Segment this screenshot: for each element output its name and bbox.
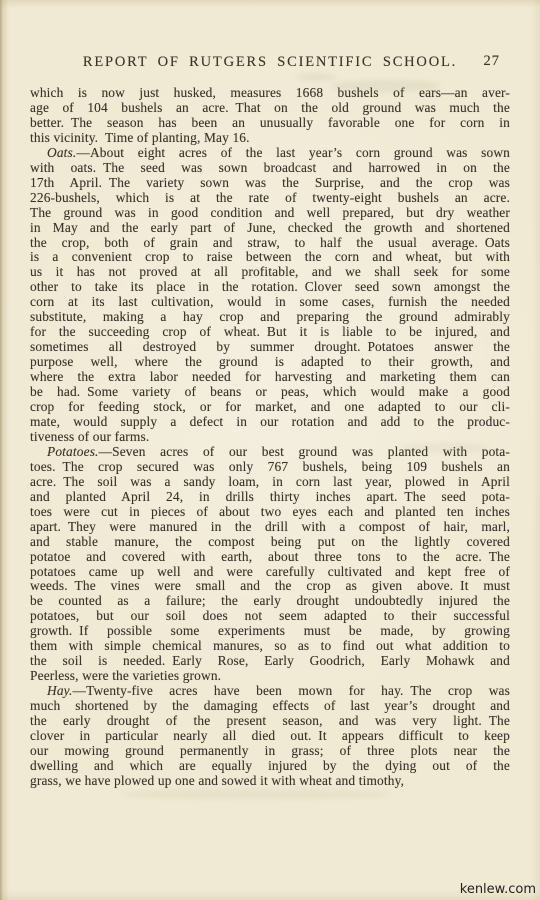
paragraph: Potatoes.—Seven acres of our best ground…: [30, 445, 510, 684]
text-line: be had. Some variety of beans or peas, w…: [30, 385, 510, 400]
text-line: much shortened by the damaging effects o…: [30, 699, 510, 714]
text-line: for the succeeding crop of wheat. But it…: [30, 325, 510, 340]
watermark: kenlew.com: [460, 882, 536, 897]
text-line: potatoes came up well and were carefully…: [30, 565, 510, 580]
text-line: substitute, making a hay crop and prepar…: [30, 310, 510, 325]
page-header: REPORT OF RUTGERS SCIENTIFIC SCHOOL. 27: [30, 53, 510, 71]
text-line: grass, we have plowed up one and sowed i…: [30, 774, 510, 789]
text-line: our mowing ground permanently in grass; …: [30, 744, 510, 759]
text-line: with oats. The seed was sown broadcast a…: [30, 161, 510, 176]
bleed-through-artifact: [296, 73, 336, 81]
text-line: weeds. The vines were small and the crop…: [30, 579, 510, 594]
text-line: sometimes all destroyed by summer drough…: [30, 340, 510, 355]
paragraph-lead: Oats.: [47, 145, 76, 160]
text-line: toes were cut in pieces of about two eye…: [30, 505, 510, 520]
paragraph-lead: Hay.: [47, 683, 73, 698]
text-line: the crop, both of grain and straw, to ha…: [30, 236, 510, 251]
text-line: mate, would supply a defect in our rotat…: [30, 415, 510, 430]
paragraph: Hay.—Twenty-five acres have been mown fo…: [30, 684, 510, 789]
text-line: which is now just husked, measures 1668 …: [30, 86, 510, 101]
text-line: be counted as a failure; the early droug…: [30, 594, 510, 609]
text-line: the early drought of the present season,…: [30, 714, 510, 729]
text-line: potatoes, but our soil does not seem ada…: [30, 609, 510, 624]
paragraph-lead: Potatoes.: [47, 444, 99, 459]
text-line: acre. The soil was a sandy loam, in corn…: [30, 475, 510, 490]
text-line: and planted April 24, in drills thirty i…: [30, 490, 510, 505]
page-number: 27: [484, 53, 501, 70]
text-line: us it has not proved at all profitable, …: [30, 265, 510, 280]
text-line: where the extra labor needed for harvest…: [30, 370, 510, 385]
text-line: is a convenient crop to raise between th…: [30, 250, 510, 265]
text-line: potatoe and covered with earth, about th…: [30, 550, 510, 565]
paragraph: Oats.—About eight acres of the last year…: [30, 146, 510, 445]
text-line: corn at its last cultivation, would in s…: [30, 295, 510, 310]
text-line: this vicinity. Time of planting, May 16.: [30, 131, 510, 146]
text-line: clover in particular nearly all died out…: [30, 729, 510, 744]
text-line: tiveness of our farms.: [30, 430, 510, 445]
text-line: Hay.—Twenty-five acres have been mown fo…: [30, 684, 510, 699]
text-line: and stable manure, the compost being put…: [30, 535, 510, 550]
text-line: Potatoes.—Seven acres of our best ground…: [30, 445, 510, 460]
text-line: crop for feeding stock, or for market, a…: [30, 400, 510, 415]
text-line: age of 104 bushels an acre. That on the …: [30, 101, 510, 116]
text-line: The ground was in good condition and wel…: [30, 206, 510, 221]
text-block: which is now just husked, measures 1668 …: [30, 86, 510, 789]
book-page: REPORT OF RUTGERS SCIENTIFIC SCHOOL. 27 …: [0, 0, 540, 900]
text-line: purpose well, where the ground is adapte…: [30, 355, 510, 370]
text-line: Oats.—About eight acres of the last year…: [30, 146, 510, 161]
text-line: 226-bushels, which is at the rate of twe…: [30, 191, 510, 206]
bleed-through-artifact: [120, 789, 390, 799]
text-line: better. The season has been an unusually…: [30, 116, 510, 131]
text-line: Peerless, were the varieties grown.: [30, 669, 510, 684]
text-line: dwelling and which are equally injured b…: [30, 759, 510, 774]
text-line: the soil is needed. Early Rose, Early Go…: [30, 654, 510, 669]
text-line: other to take its place in the rotation.…: [30, 280, 510, 295]
text-line: them with simple chemical manures, so as…: [30, 639, 510, 654]
text-line: growth. If possible some experiments mus…: [30, 624, 510, 639]
text-line: 17th April. The variety sown was the Sur…: [30, 176, 510, 191]
text-line: in May and the early part of June, check…: [30, 221, 510, 236]
text-line: toes. The crop secured was only 767 bush…: [30, 460, 510, 475]
running-title: REPORT OF RUTGERS SCIENTIFIC SCHOOL.: [83, 54, 457, 70]
paragraph: which is now just husked, measures 1668 …: [30, 86, 510, 146]
text-line: apart. They were manured in the drill wi…: [30, 520, 510, 535]
